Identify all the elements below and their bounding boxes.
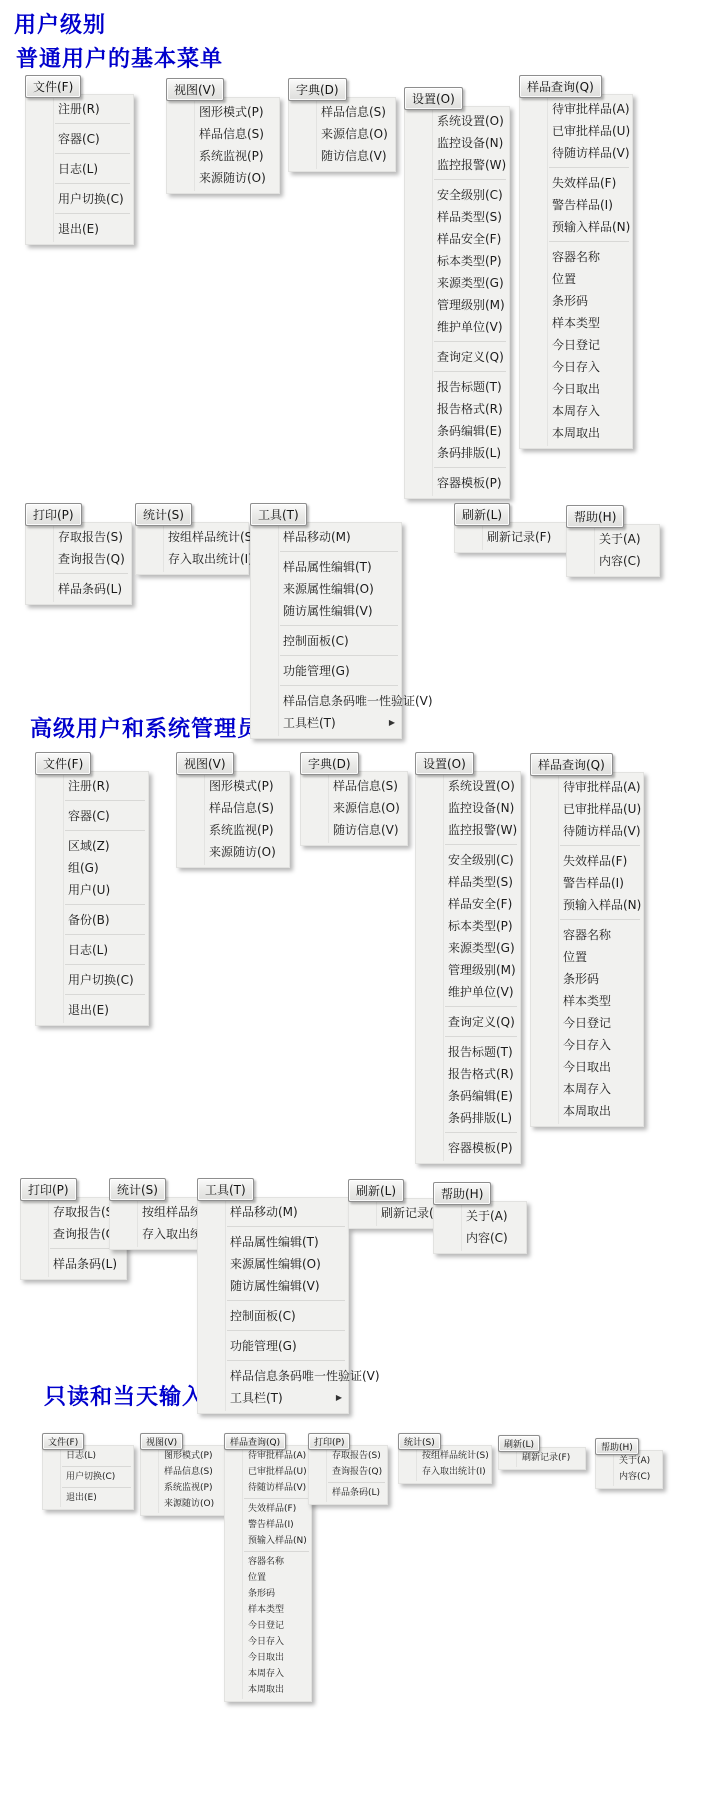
menu-item[interactable]: 条码编辑(E): [416, 1085, 520, 1107]
menu-item[interactable]: 监控设备(N): [405, 132, 509, 154]
page-title: 用户级别: [14, 8, 106, 39]
menu-item[interactable]: 存入取出统计(I): [136, 548, 248, 570]
menu-tools: 工具(T)样品移动(M)样品属性编辑(T)来源属性编辑(O)随访属性编辑(V)控…: [250, 503, 307, 526]
menu-separator: [445, 1006, 517, 1007]
menu-tab-stats[interactable]: 统计(S): [109, 1178, 166, 1201]
menu-item[interactable]: 今日取出: [520, 378, 632, 400]
menu-item[interactable]: 样品属性编辑(T): [198, 1231, 348, 1253]
menu-panel-print: 存取报告(S)查询报告(Q)样品条码(L): [308, 1445, 388, 1505]
menu-item[interactable]: 工具栏(T)▶: [251, 712, 401, 734]
menu-item[interactable]: 待审批样品(A): [531, 776, 643, 798]
menu-item[interactable]: 来源属性编辑(O): [198, 1253, 348, 1275]
menu-item[interactable]: 查询定义(Q): [405, 346, 509, 368]
menu-item[interactable]: 日志(L): [36, 939, 148, 961]
menu-print: 打印(P)存取报告(S)查询报告(Q)样品条码(L): [25, 503, 82, 526]
menu-item[interactable]: 已审批样品(U): [225, 1464, 311, 1480]
menu-separator: [227, 1226, 345, 1227]
menu-item[interactable]: 用户切换(C): [26, 188, 133, 210]
menu-tab-view[interactable]: 视图(V): [176, 752, 234, 775]
menu-item[interactable]: 区域(Z): [36, 835, 148, 857]
menu-item[interactable]: 图形模式(P): [167, 101, 279, 123]
menu-item[interactable]: 样品条码(L): [26, 578, 131, 600]
menu-tab-print[interactable]: 打印(P): [25, 503, 82, 526]
menu-separator: [65, 994, 145, 995]
menu-item[interactable]: 容器模板(P): [416, 1137, 520, 1159]
menu-stats: 统计(S)按组样品统计(S)存入取出统计(I): [135, 503, 192, 526]
menu-item[interactable]: 来源信息(O): [301, 797, 407, 819]
menu-item[interactable]: 刷新记录(F): [455, 526, 567, 548]
menu-item[interactable]: 样品安全(F): [416, 893, 520, 915]
menu-sample-query: 样品查询(Q)待审批样品(A)已审批样品(U)待随访样品(V)失效样品(F)警告…: [224, 1430, 286, 1450]
menu-tab-stats[interactable]: 统计(S): [398, 1433, 441, 1450]
menu-separator: [560, 845, 640, 846]
menu-print: 打印(P)存取报告(S)查询报告(Q)样品条码(L): [308, 1430, 350, 1450]
menu-item[interactable]: 样本类型: [225, 1602, 311, 1618]
menu-item[interactable]: 标本类型(P): [416, 915, 520, 937]
submenu-arrow-icon: ▶: [389, 712, 395, 734]
menu-item[interactable]: 样品信息(S): [289, 101, 395, 123]
menu-item[interactable]: 存取报告(S): [309, 1448, 387, 1464]
menu-item[interactable]: 功能管理(G): [198, 1335, 348, 1357]
menu-item[interactable]: 存入取出统计(I): [399, 1464, 491, 1480]
menu-item[interactable]: 今日登记: [531, 1012, 643, 1034]
menu-item[interactable]: 关于(A): [434, 1205, 526, 1227]
menu-tab-refresh[interactable]: 刷新(L): [498, 1435, 540, 1452]
menu-separator: [65, 934, 145, 935]
menu-item[interactable]: 条形码: [520, 290, 632, 312]
menu-panel-help: 关于(A)内容(C): [433, 1201, 527, 1254]
menu-item[interactable]: 报告格式(R): [405, 398, 509, 420]
menu-item[interactable]: 注册(R): [36, 775, 148, 797]
menu-item[interactable]: 日志(L): [26, 158, 133, 180]
menu-item[interactable]: 工具栏(T)▶: [198, 1387, 348, 1409]
menu-item[interactable]: 内容(C): [596, 1469, 662, 1485]
menu-item[interactable]: 容器名称: [225, 1554, 311, 1570]
menu-item[interactable]: 条形码: [531, 968, 643, 990]
menu-dict: 字典(D)样品信息(S)来源信息(O)随访信息(V): [300, 752, 359, 775]
menu-panel-sample-query: 待审批样品(A)已审批样品(U)待随访样品(V)失效样品(F)警告样品(I)预输…: [530, 772, 644, 1127]
menu-item[interactable]: 样品移动(M): [251, 526, 401, 548]
menu-separator: [328, 1482, 385, 1483]
menu-tab-settings[interactable]: 设置(O): [404, 87, 463, 110]
menu-separator: [549, 241, 629, 242]
menu-item[interactable]: 警告样品(I): [225, 1517, 311, 1533]
menu-help: 帮助(H)关于(A)内容(C): [595, 1435, 639, 1455]
menu-tab-view[interactable]: 视图(V): [140, 1433, 183, 1450]
menu-panel-settings: 系统设置(O)监控设备(N)监控报警(W)安全级别(C)样品类型(S)样品安全(…: [404, 106, 510, 499]
menu-item[interactable]: 维护单位(V): [405, 316, 509, 338]
menu-panel-dict: 样品信息(S)来源信息(O)随访信息(V): [300, 771, 408, 846]
menu-item[interactable]: 随访信息(V): [301, 819, 407, 841]
menu-item[interactable]: 随访属性编辑(V): [198, 1275, 348, 1297]
menu-item[interactable]: 退出(E): [36, 999, 148, 1021]
menu-item[interactable]: 本周存入: [531, 1078, 643, 1100]
menu-item[interactable]: 按组样品统计(S): [399, 1448, 491, 1464]
menu-item[interactable]: 来源类型(G): [405, 272, 509, 294]
menu-panel-file: 注册(R)容器(C)区域(Z)组(G)用户(U)备份(B)日志(L)用户切换(C…: [35, 771, 149, 1026]
menu-tab-refresh[interactable]: 刷新(L): [454, 503, 510, 526]
menu-item[interactable]: 安全级别(C): [405, 184, 509, 206]
menu-separator: [227, 1330, 345, 1331]
menu-item[interactable]: 来源属性编辑(O): [251, 578, 401, 600]
menu-item[interactable]: 日志(L): [43, 1448, 133, 1464]
menu-item[interactable]: 待随访样品(V): [531, 820, 643, 842]
menu-item[interactable]: 样品条码(L): [309, 1485, 387, 1501]
menu-item[interactable]: 位置: [225, 1570, 311, 1586]
menu-item[interactable]: 样品信息条码唯一性验证(V): [198, 1365, 348, 1387]
menu-item[interactable]: 退出(E): [43, 1490, 133, 1506]
menu-item[interactable]: 内容(C): [434, 1227, 526, 1249]
menu-stats: 统计(S)按组样品统计(S)存入取出统计(I): [398, 1430, 441, 1450]
menu-item[interactable]: 退出(E): [26, 218, 133, 240]
menu-item[interactable]: 容器(C): [36, 805, 148, 827]
menu-item[interactable]: 来源随访(O): [177, 841, 289, 863]
menu-tab-help[interactable]: 帮助(H): [566, 505, 624, 528]
menu-settings: 设置(O)系统设置(O)监控设备(N)监控报警(W)安全级别(C)样品类型(S)…: [415, 752, 474, 775]
menu-item[interactable]: 样品信息条码唯一性验证(V): [251, 690, 401, 712]
menu-tab-file[interactable]: 文件(F): [42, 1433, 84, 1450]
menu-tab-refresh[interactable]: 刷新(L): [348, 1179, 404, 1202]
menu-item[interactable]: 样品安全(F): [405, 228, 509, 250]
menu-separator: [280, 685, 398, 686]
menu-tab-stats[interactable]: 统计(S): [135, 503, 192, 526]
menu-settings: 设置(O)系统设置(O)监控设备(N)监控报警(W)安全级别(C)样品类型(S)…: [404, 87, 463, 110]
menu-item[interactable]: 今日存入: [531, 1034, 643, 1056]
menu-separator: [55, 153, 130, 154]
menu-item[interactable]: 样品类型(S): [405, 206, 509, 228]
menu-item[interactable]: 今日登记: [520, 334, 632, 356]
menu-item[interactable]: 管理级别(M): [416, 959, 520, 981]
menu-item[interactable]: 刷新记录(F): [499, 1450, 585, 1466]
menu-separator: [244, 1551, 309, 1552]
menu-tab-sample-query[interactable]: 样品查询(Q): [530, 753, 613, 776]
menu-item[interactable]: 查询报告(Q): [26, 548, 131, 570]
menu-item[interactable]: 已审批样品(U): [531, 798, 643, 820]
menu-panel-tools: 样品移动(M)样品属性编辑(T)来源属性编辑(O)随访属性编辑(V)控制面板(C…: [197, 1197, 349, 1414]
menu-item[interactable]: 待随访样品(V): [520, 142, 632, 164]
menu-item[interactable]: 用户切换(C): [43, 1469, 133, 1485]
menu-separator: [62, 1466, 131, 1467]
menu-tab-print[interactable]: 打印(P): [20, 1178, 77, 1201]
menu-view: 视图(V)图形模式(P)样品信息(S)系统监视(P)来源随访(O): [140, 1430, 183, 1450]
menu-tab-tools[interactable]: 工具(T): [197, 1178, 254, 1201]
menu-item[interactable]: 容器(C): [26, 128, 133, 150]
menu-panel-sample-query: 待审批样品(A)已审批样品(U)待随访样品(V)失效样品(F)警告样品(I)预输…: [224, 1445, 312, 1702]
menu-item[interactable]: 注册(R): [26, 98, 133, 120]
menu-item[interactable]: 待审批样品(A): [520, 98, 632, 120]
menu-item[interactable]: 条形码: [225, 1586, 311, 1602]
menu-item[interactable]: 系统监视(P): [177, 819, 289, 841]
menu-item[interactable]: 样品移动(M): [198, 1201, 348, 1223]
menu-panel-refresh: 刷新记录(F): [454, 522, 568, 553]
menu-panel-settings: 系统设置(O)监控设备(N)监控报警(W)安全级别(C)样品类型(S)样品安全(…: [415, 771, 521, 1164]
menu-separator: [55, 123, 130, 124]
menu-tab-sample-query[interactable]: 样品查询(Q): [224, 1433, 286, 1450]
menu-separator: [560, 919, 640, 920]
menu-separator: [65, 964, 145, 965]
menu-item[interactable]: 查询报告(Q): [309, 1464, 387, 1480]
menu-separator: [55, 573, 128, 574]
menu-item[interactable]: 监控设备(N): [416, 797, 520, 819]
menu-tools: 工具(T)样品移动(M)样品属性编辑(T)来源属性编辑(O)随访属性编辑(V)控…: [197, 1178, 254, 1201]
menu-tab-settings[interactable]: 设置(O): [415, 752, 474, 775]
menu-file: 文件(F)日志(L)用户切换(C)退出(E): [42, 1430, 84, 1450]
menu-item[interactable]: 样品信息(S): [177, 797, 289, 819]
menu-view: 视图(V)图形模式(P)样品信息(S)系统监视(P)来源随访(O): [176, 752, 234, 775]
menu-item[interactable]: 报告标题(T): [416, 1041, 520, 1063]
menu-item[interactable]: 容器名称: [520, 246, 632, 268]
menu-item[interactable]: 本周取出: [520, 422, 632, 444]
menu-panel-tools: 样品移动(M)样品属性编辑(T)来源属性编辑(O)随访属性编辑(V)控制面板(C…: [250, 522, 402, 739]
menu-item[interactable]: 容器名称: [531, 924, 643, 946]
menu-item[interactable]: 样品属性编辑(T): [251, 556, 401, 578]
menu-separator: [445, 844, 517, 845]
menu-item[interactable]: 失效样品(F): [520, 172, 632, 194]
menu-panel-sample-query: 待审批样品(A)已审批样品(U)待随访样品(V)失效样品(F)警告样品(I)预输…: [519, 94, 633, 449]
menu-item[interactable]: 功能管理(G): [251, 660, 401, 682]
menu-item[interactable]: 报告标题(T): [405, 376, 509, 398]
menu-separator: [62, 1487, 131, 1488]
menu-item[interactable]: 容器模板(P): [405, 472, 509, 494]
menu-panel-file: 注册(R)容器(C)日志(L)用户切换(C)退出(E): [25, 94, 134, 245]
menu-item[interactable]: 来源随访(O): [167, 167, 279, 189]
menu-item[interactable]: 监控报警(W): [405, 154, 509, 176]
menu-separator: [65, 830, 145, 831]
menu-item[interactable]: 位置: [531, 946, 643, 968]
menu-item[interactable]: 已审批样品(U): [520, 120, 632, 142]
menu-item[interactable]: 用户切换(C): [36, 969, 148, 991]
menu-item[interactable]: 今日取出: [531, 1056, 643, 1078]
menu-tab-file[interactable]: 文件(F): [35, 752, 91, 775]
menu-tab-help[interactable]: 帮助(H): [595, 1438, 639, 1455]
menu-separator: [280, 551, 398, 552]
submenu-arrow-icon: ▶: [336, 1387, 342, 1409]
menu-item[interactable]: 警告样品(I): [531, 872, 643, 894]
menu-separator: [445, 1132, 517, 1133]
menu-panel-dict: 样品信息(S)来源信息(O)随访信息(V): [288, 97, 396, 172]
menu-item[interactable]: 标本类型(P): [405, 250, 509, 272]
menu-file: 文件(F)注册(R)容器(C)区域(Z)组(G)用户(U)备份(B)日志(L)用…: [35, 752, 91, 775]
menu-item[interactable]: 样品信息(S): [301, 775, 407, 797]
menu-item[interactable]: 按组样品统计(S): [136, 526, 248, 548]
menu-panel-view: 图形模式(P)样品信息(S)系统监视(P)来源随访(O): [140, 1445, 226, 1516]
menu-item[interactable]: 预输入样品(N): [225, 1533, 311, 1549]
menu-view: 视图(V)图形模式(P)样品信息(S)系统监视(P)来源随访(O): [166, 78, 224, 101]
menu-print: 打印(P)存取报告(S)查询报告(Q)样品条码(L): [20, 1178, 77, 1201]
menu-item[interactable]: 警告样品(I): [520, 194, 632, 216]
menu-separator: [227, 1360, 345, 1361]
menu-panel-stats: 按组样品统计(S)存入取出统计(I): [398, 1445, 492, 1484]
menu-item[interactable]: 今日取出: [225, 1650, 311, 1666]
menu-tab-help[interactable]: 帮助(H): [433, 1182, 491, 1205]
menu-tab-file[interactable]: 文件(F): [25, 75, 81, 98]
menu-item[interactable]: 图形模式(P): [141, 1448, 225, 1464]
menu-item[interactable]: 关于(A): [567, 528, 659, 550]
menu-item[interactable]: 本周取出: [531, 1100, 643, 1122]
menu-separator: [434, 467, 506, 468]
menu-refresh: 刷新(L)刷新记录(F): [498, 1432, 540, 1452]
menu-item[interactable]: 条码编辑(E): [405, 420, 509, 442]
menu-item[interactable]: 图形模式(P): [177, 775, 289, 797]
menu-refresh: 刷新(L)刷新记录(F): [454, 503, 510, 526]
menu-item[interactable]: 随访属性编辑(V): [251, 600, 401, 622]
menu-item[interactable]: 系统监视(P): [167, 145, 279, 167]
menu-item[interactable]: 本周存入: [520, 400, 632, 422]
menu-item[interactable]: 安全级别(C): [416, 849, 520, 871]
menu-item[interactable]: 关于(A): [596, 1453, 662, 1469]
menu-item[interactable]: 来源类型(G): [416, 937, 520, 959]
menu-separator: [280, 655, 398, 656]
menu-item[interactable]: 样品信息(S): [141, 1464, 225, 1480]
menu-item[interactable]: 样本类型: [520, 312, 632, 334]
menu-tab-sample-query[interactable]: 样品查询(Q): [519, 75, 602, 98]
menu-item[interactable]: 查询定义(Q): [416, 1011, 520, 1033]
menu-item[interactable]: 样品类型(S): [416, 871, 520, 893]
menu-separator: [227, 1300, 345, 1301]
menu-help: 帮助(H)关于(A)内容(C): [566, 505, 624, 528]
menu-item[interactable]: 内容(C): [567, 550, 659, 572]
menu-item[interactable]: 监控报警(W): [416, 819, 520, 841]
menu-item[interactable]: 来源信息(O): [289, 123, 395, 145]
menu-separator: [55, 213, 130, 214]
menu-stats: 统计(S)按组样品统计(S)存入取出统计(I): [109, 1178, 166, 1201]
menu-panel-help: 关于(A)内容(C): [595, 1450, 663, 1489]
menu-separator: [434, 371, 506, 372]
menu-tab-print[interactable]: 打印(P): [308, 1433, 350, 1450]
menu-item[interactable]: 用户(U): [36, 879, 148, 901]
menu-item[interactable]: 系统设置(O): [416, 775, 520, 797]
menu-separator: [244, 1498, 309, 1499]
menu-panel-view: 图形模式(P)样品信息(S)系统监视(P)来源随访(O): [176, 771, 290, 868]
menu-panel-print: 存取报告(S)查询报告(Q)样品条码(L): [25, 522, 132, 605]
menu-item[interactable]: 随访信息(V): [289, 145, 395, 167]
menu-item[interactable]: 今日存入: [520, 356, 632, 378]
menu-separator: [65, 904, 145, 905]
menu-item[interactable]: 维护单位(V): [416, 981, 520, 1003]
menu-tab-view[interactable]: 视图(V): [166, 78, 224, 101]
menu-separator: [445, 1036, 517, 1037]
menu-item[interactable]: 组(G): [36, 857, 148, 879]
menu-item[interactable]: 本周存入: [225, 1666, 311, 1682]
menu-item[interactable]: 报告格式(R): [416, 1063, 520, 1085]
menu-item[interactable]: 样品信息(S): [167, 123, 279, 145]
menu-tab-dict[interactable]: 字典(D): [300, 752, 359, 775]
menu-sample-query: 样品查询(Q)待审批样品(A)已审批样品(U)待随访样品(V)失效样品(F)警告…: [530, 753, 613, 776]
menu-separator: [549, 167, 629, 168]
menu-item[interactable]: 条码排版(L): [416, 1107, 520, 1129]
menu-tab-dict[interactable]: 字典(D): [288, 78, 347, 101]
menu-separator: [280, 625, 398, 626]
menu-item[interactable]: 样本类型: [531, 990, 643, 1012]
menu-item[interactable]: 本周取出: [225, 1682, 311, 1698]
menu-item[interactable]: 存取报告(S): [26, 526, 131, 548]
menu-item[interactable]: 失效样品(F): [225, 1501, 311, 1517]
menu-separator: [434, 179, 506, 180]
document-page: 用户级别 普通用户的基本菜单 高级用户和系统管理员菜单 只读和当天输入用户菜单 …: [0, 0, 716, 1800]
menu-item[interactable]: 控制面板(C): [198, 1305, 348, 1327]
section-heading-basic-user: 普通用户的基本菜单: [16, 42, 223, 73]
menu-panel-help: 关于(A)内容(C): [566, 524, 660, 577]
menu-item[interactable]: 控制面板(C): [251, 630, 401, 652]
menu-item[interactable]: 失效样品(F): [531, 850, 643, 872]
menu-panel-stats: 按组样品统计(S)存入取出统计(I): [135, 522, 249, 575]
menu-file: 文件(F)注册(R)容器(C)日志(L)用户切换(C)退出(E): [25, 75, 81, 98]
menu-tab-tools[interactable]: 工具(T): [250, 503, 307, 526]
menu-panel-view: 图形模式(P)样品信息(S)系统监视(P)来源随访(O): [166, 97, 280, 194]
menu-item[interactable]: 条码排版(L): [405, 442, 509, 464]
menu-item[interactable]: 管理级别(M): [405, 294, 509, 316]
menu-item[interactable]: 今日登记: [225, 1618, 311, 1634]
menu-item[interactable]: 预输入样品(N): [520, 216, 632, 238]
menu-item[interactable]: 预输入样品(N): [531, 894, 643, 916]
menu-panel-file: 日志(L)用户切换(C)退出(E): [42, 1445, 134, 1510]
menu-item[interactable]: 来源随访(O): [141, 1496, 225, 1512]
menu-item[interactable]: 位置: [520, 268, 632, 290]
menu-separator: [65, 800, 145, 801]
menu-item[interactable]: 系统设置(O): [405, 110, 509, 132]
menu-separator: [55, 183, 130, 184]
menu-sample-query: 样品查询(Q)待审批样品(A)已审批样品(U)待随访样品(V)失效样品(F)警告…: [519, 75, 602, 98]
menu-dict: 字典(D)样品信息(S)来源信息(O)随访信息(V): [288, 78, 347, 101]
menu-item[interactable]: 待随访样品(V): [225, 1480, 311, 1496]
menu-item[interactable]: 系统监视(P): [141, 1480, 225, 1496]
menu-item[interactable]: 今日存入: [225, 1634, 311, 1650]
menu-help: 帮助(H)关于(A)内容(C): [433, 1182, 491, 1205]
menu-refresh: 刷新(L)刷新记录(F): [348, 1179, 404, 1202]
menu-separator: [434, 341, 506, 342]
menu-item[interactable]: 待审批样品(A): [225, 1448, 311, 1464]
menu-item[interactable]: 样品条码(L): [21, 1253, 126, 1275]
menu-item[interactable]: 备份(B): [36, 909, 148, 931]
